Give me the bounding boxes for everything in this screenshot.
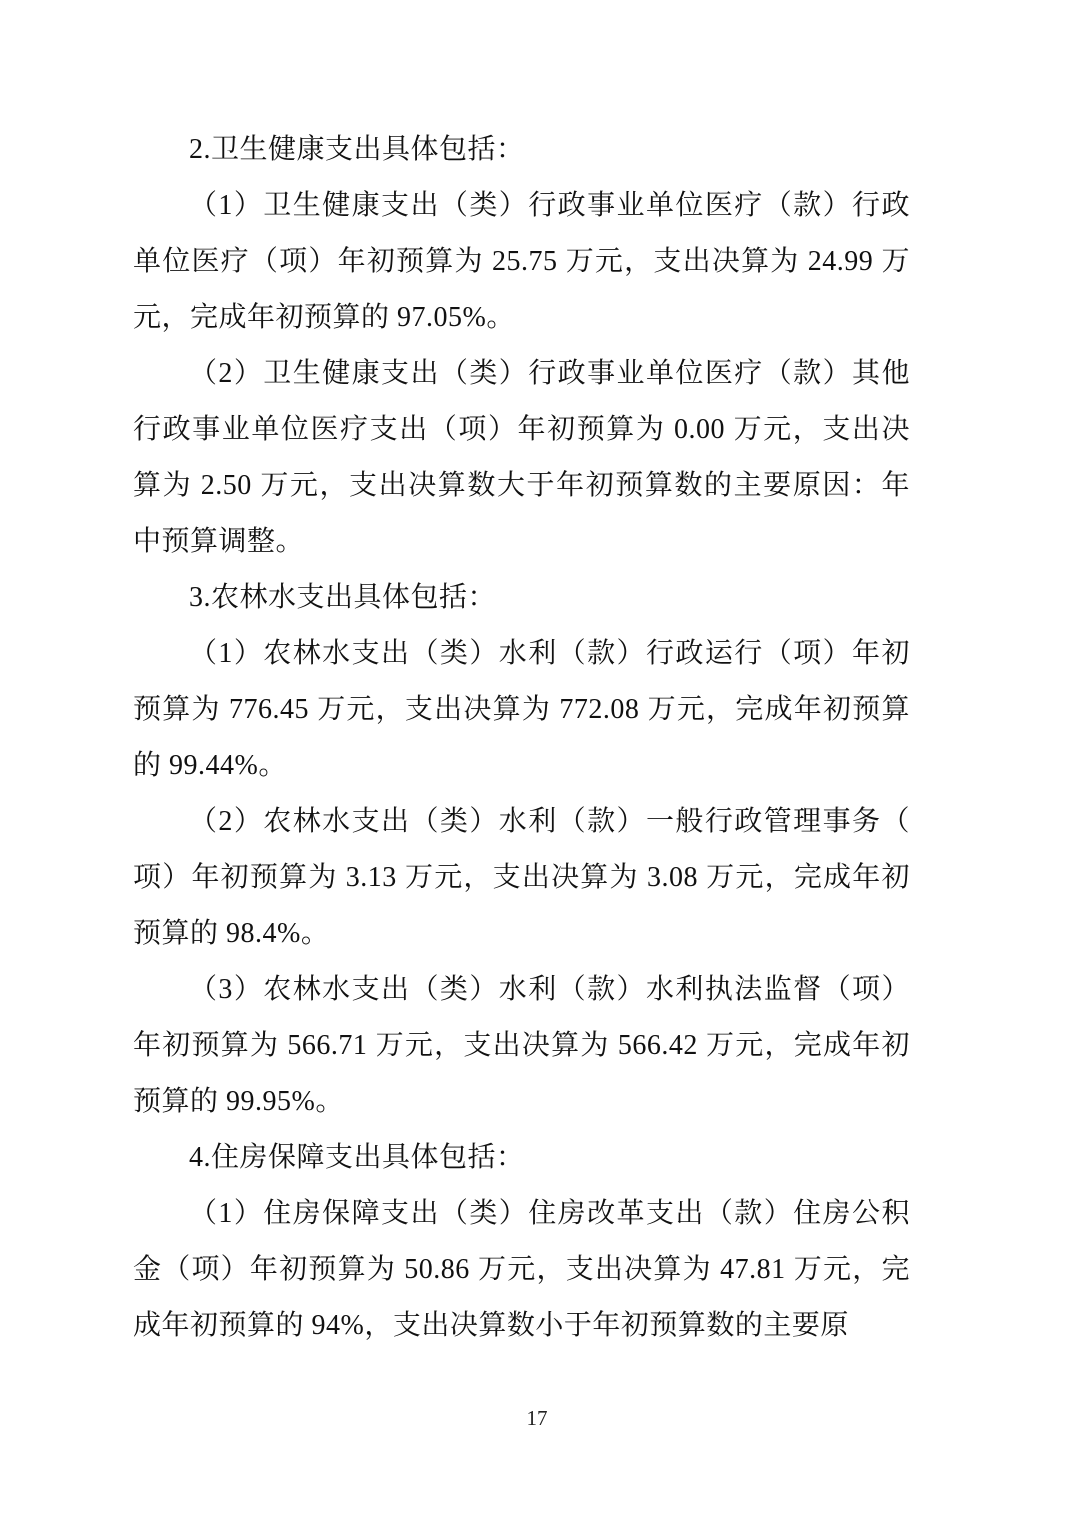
para-housing-item-1: （1）住房保障支出（类）住房改革支出（款）住房公积金（项）年初预算为 50.86… [133,1186,910,1354]
document-body: 2.卫生健康支出具体包括： （1）卫生健康支出（类）行政事业单位医疗（款）行政单… [133,122,910,1354]
para-agri-water-item-2: （2）农林水支出（类）水利（款）一般行政管理事务（项）年初预算为 3.13 万元… [133,794,910,962]
para-health-item-2: （2）卫生健康支出（类）行政事业单位医疗（款）其他行政事业单位医疗支出（项）年初… [133,346,910,570]
para-agri-water-item-1: （1）农林水支出（类）水利（款）行政运行（项）年初预算为 776.45 万元，支… [133,626,910,794]
para-agri-water-item-3: （3）农林水支出（类）水利（款）水利执法监督（项）年初预算为 566.71 万元… [133,962,910,1130]
page-footer: 17 [0,1404,1074,1432]
para-health-item-1: （1）卫生健康支出（类）行政事业单位医疗（款）行政单位医疗（项）年初预算为 25… [133,178,910,346]
heading-health-expenditure: 2.卫生健康支出具体包括： [133,122,910,178]
heading-housing-expenditure: 4.住房保障支出具体包括： [133,1130,910,1186]
page-number: 17 [527,1406,548,1430]
heading-agriculture-water-expenditure: 3.农林水支出具体包括： [133,570,910,626]
document-page: 2.卫生健康支出具体包括： （1）卫生健康支出（类）行政事业单位医疗（款）行政单… [0,0,1074,1520]
